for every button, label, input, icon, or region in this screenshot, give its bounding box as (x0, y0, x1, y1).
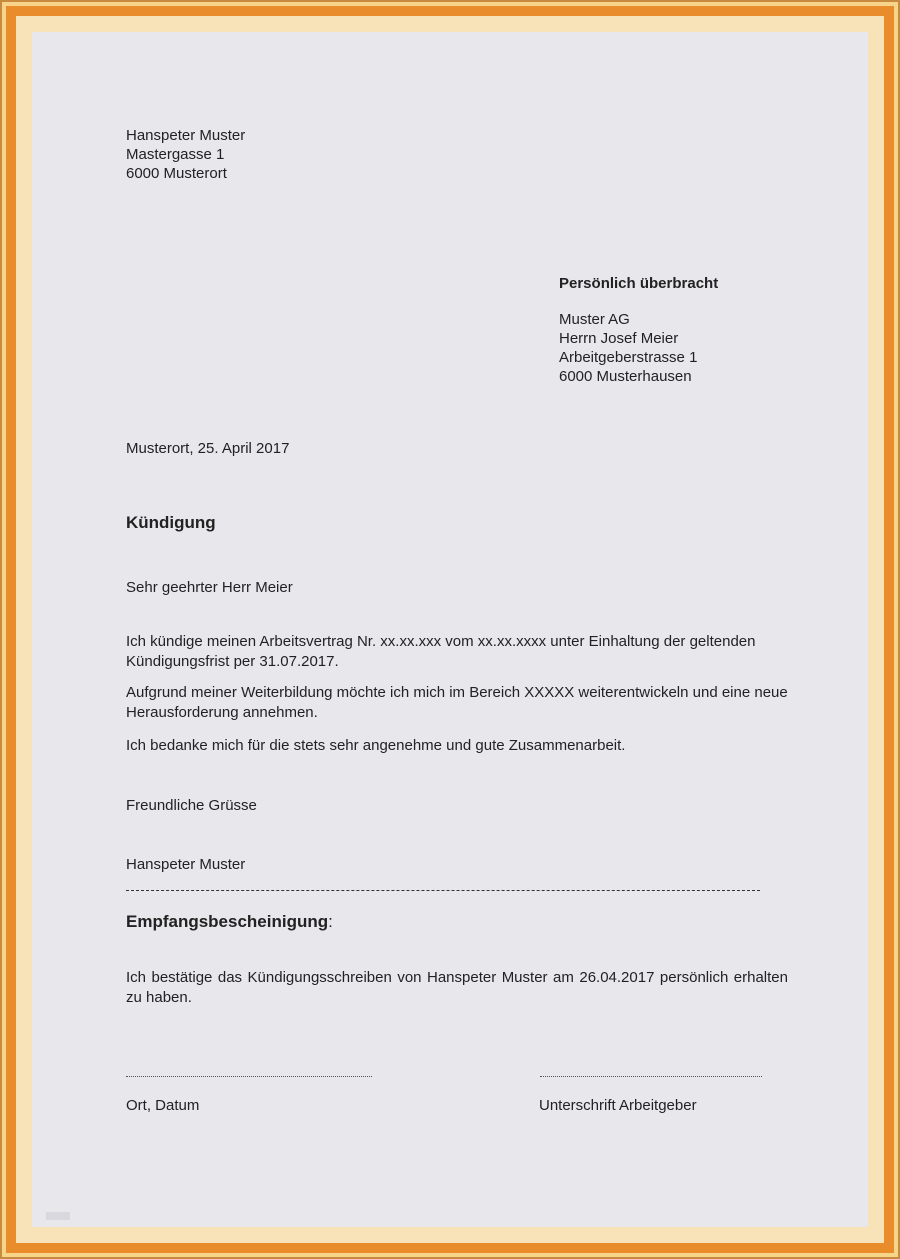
employer-signature-line[interactable] (540, 1076, 762, 1077)
recipient-person: Herrn Josef Meier (559, 329, 697, 348)
letter-page: Hanspeter Muster Mastergasse 1 6000 Must… (32, 32, 868, 1227)
receipt-text: Ich bestätige das Kündigungsschreiben vo… (126, 968, 788, 1008)
closing: Freundliche Grüsse (126, 796, 257, 815)
recipient-street: Arbeitgeberstrasse 1 (559, 348, 697, 367)
body-paragraph-3: Ich bedanke mich für die stets sehr ange… (126, 736, 788, 756)
sender-address: Hanspeter Muster Mastergasse 1 6000 Must… (126, 126, 245, 183)
delivery-note: Persönlich überbracht (559, 274, 718, 293)
recipient-company: Muster AG (559, 310, 697, 329)
letter-document: Hanspeter Muster Mastergasse 1 6000 Must… (32, 32, 868, 1227)
recipient-address: Muster AG Herrn Josef Meier Arbeitgebers… (559, 310, 697, 386)
sender-street: Mastergasse 1 (126, 145, 245, 164)
place-date-label: Ort, Datum (126, 1096, 199, 1115)
body-paragraph-1: Ich kündige meinen Arbeitsvertrag Nr. xx… (126, 632, 788, 672)
body-paragraph-2: Aufgrund meiner Weiterbildung möchte ich… (126, 683, 788, 723)
watermark-mark (46, 1212, 70, 1220)
receipt-title-colon: : (328, 912, 333, 931)
receipt-title: Empfangsbescheinigung (126, 912, 328, 931)
sender-name: Hanspeter Muster (126, 126, 245, 145)
frame-border: Hanspeter Muster Mastergasse 1 6000 Must… (6, 6, 894, 1253)
page-frame: Hanspeter Muster Mastergasse 1 6000 Must… (0, 0, 900, 1259)
separator-line (126, 890, 760, 891)
employer-signature-label: Unterschrift Arbeitgeber (539, 1096, 697, 1115)
receipt-heading: Empfangsbescheinigung: (126, 912, 333, 931)
subject-heading: Kündigung (126, 513, 216, 532)
date-line: Musterort, 25. April 2017 (126, 439, 289, 458)
frame-inner-line: Hanspeter Muster Mastergasse 1 6000 Must… (16, 16, 884, 1243)
recipient-city: 6000 Musterhausen (559, 367, 697, 386)
sender-city: 6000 Musterort (126, 164, 245, 183)
salutation: Sehr geehrter Herr Meier (126, 578, 293, 597)
signature-name: Hanspeter Muster (126, 855, 245, 874)
date-signature-line[interactable] (126, 1076, 372, 1077)
